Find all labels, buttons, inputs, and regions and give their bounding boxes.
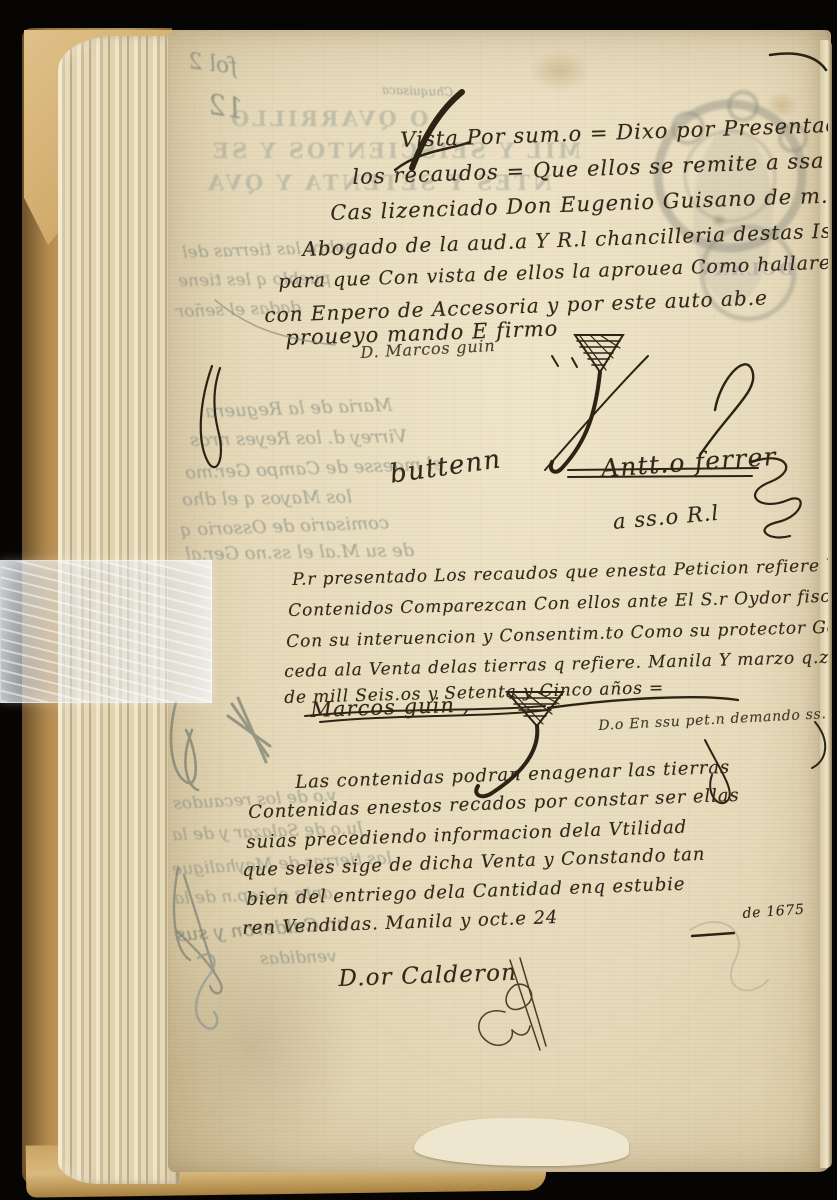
bleed-flourishes — [168, 30, 828, 1172]
plastic-strip — [0, 560, 212, 703]
manuscript-photo: fol 2 12 Chuquisaca O QVARRILLO MIL Y SE… — [0, 0, 837, 1200]
page-content: fol 2 12 Chuquisaca O QVARRILLO MIL Y SE… — [168, 30, 828, 1172]
